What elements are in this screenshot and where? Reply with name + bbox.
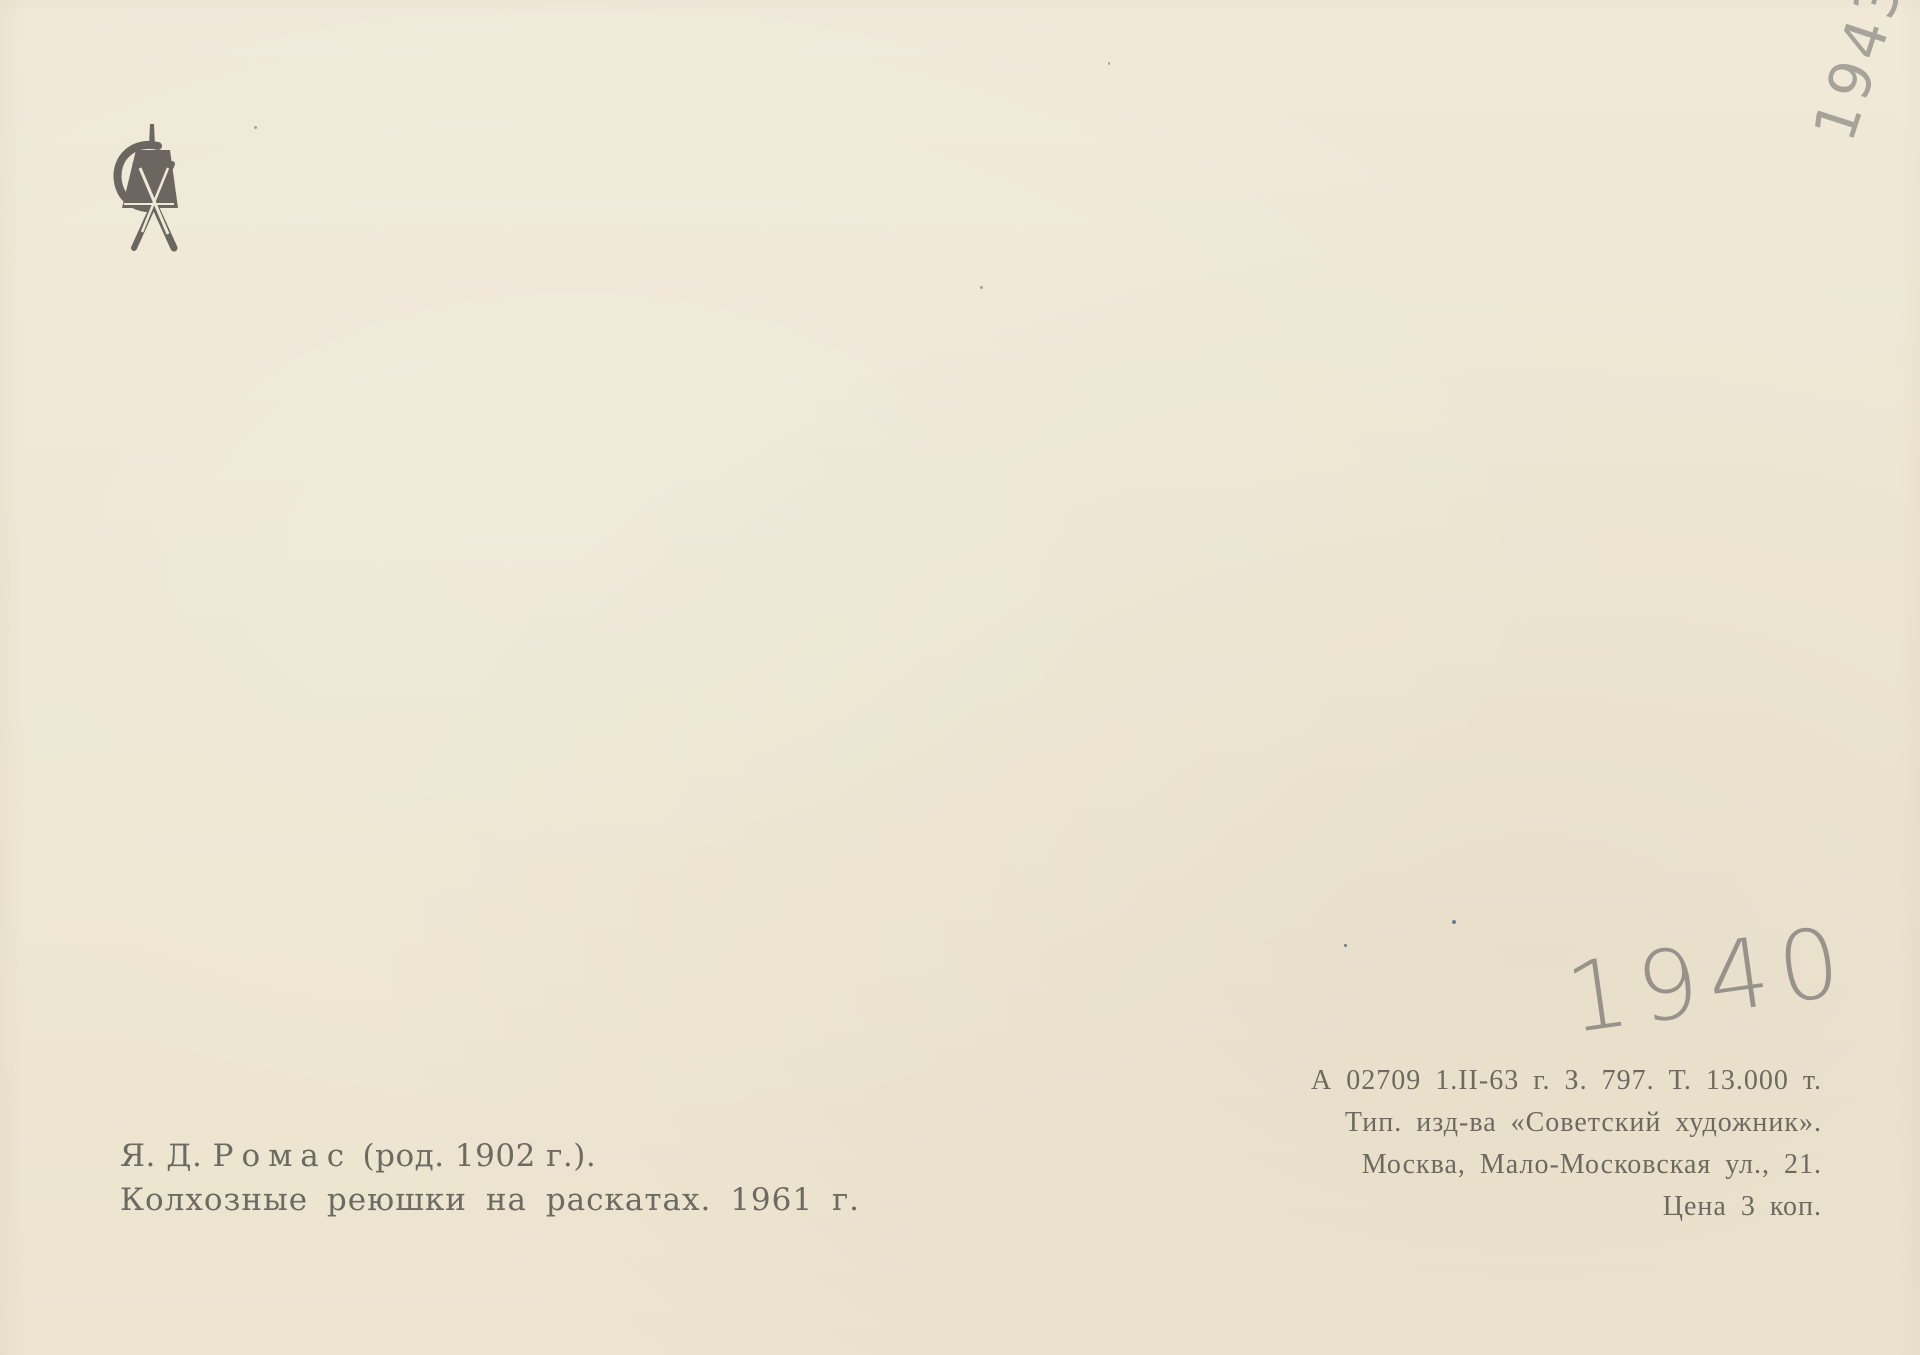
- paper-speck: [1108, 62, 1110, 65]
- imprint-address-line: Москва, Мало-Московская ул., 21.: [1062, 1144, 1822, 1186]
- handwritten-year-top-right: 1943: [1800, 0, 1918, 149]
- artwork-caption: Я. Д. Ромас (род. 1902 г.). Колхозные ре…: [120, 1134, 860, 1222]
- imprint-order-line: А 02709 1.II-63 г. З. 797. Т. 13.000 т.: [1062, 1060, 1822, 1102]
- publisher-imprint: А 02709 1.II-63 г. З. 797. Т. 13.000 т. …: [1062, 1060, 1822, 1228]
- handwritten-year-bottom: 1940: [1560, 905, 1857, 1055]
- artist-surname: Ромас: [213, 1138, 352, 1174]
- imprint-price: Цена 3 коп.: [1062, 1186, 1822, 1228]
- paper-speck: [254, 126, 257, 129]
- paper-speck: [980, 286, 983, 289]
- artist-initials: Я. Д.: [120, 1138, 202, 1174]
- publisher-monogram-icon: [112, 124, 196, 252]
- publisher-logo: [112, 124, 196, 252]
- imprint-publisher-line: Тип. изд-ва «Советский художник».: [1062, 1102, 1822, 1144]
- paper-speck: [1452, 920, 1456, 924]
- postcard-back: Я. Д. Ромас (род. 1902 г.). Колхозные ре…: [0, 0, 1920, 1355]
- artist-birth-year: (род. 1902 г.).: [363, 1138, 597, 1174]
- paper-speck: [1344, 944, 1347, 947]
- artist-name-line: Я. Д. Ромас (род. 1902 г.).: [120, 1134, 860, 1178]
- artwork-title: Колхозные реюшки на раскатах. 1961 г.: [120, 1178, 860, 1222]
